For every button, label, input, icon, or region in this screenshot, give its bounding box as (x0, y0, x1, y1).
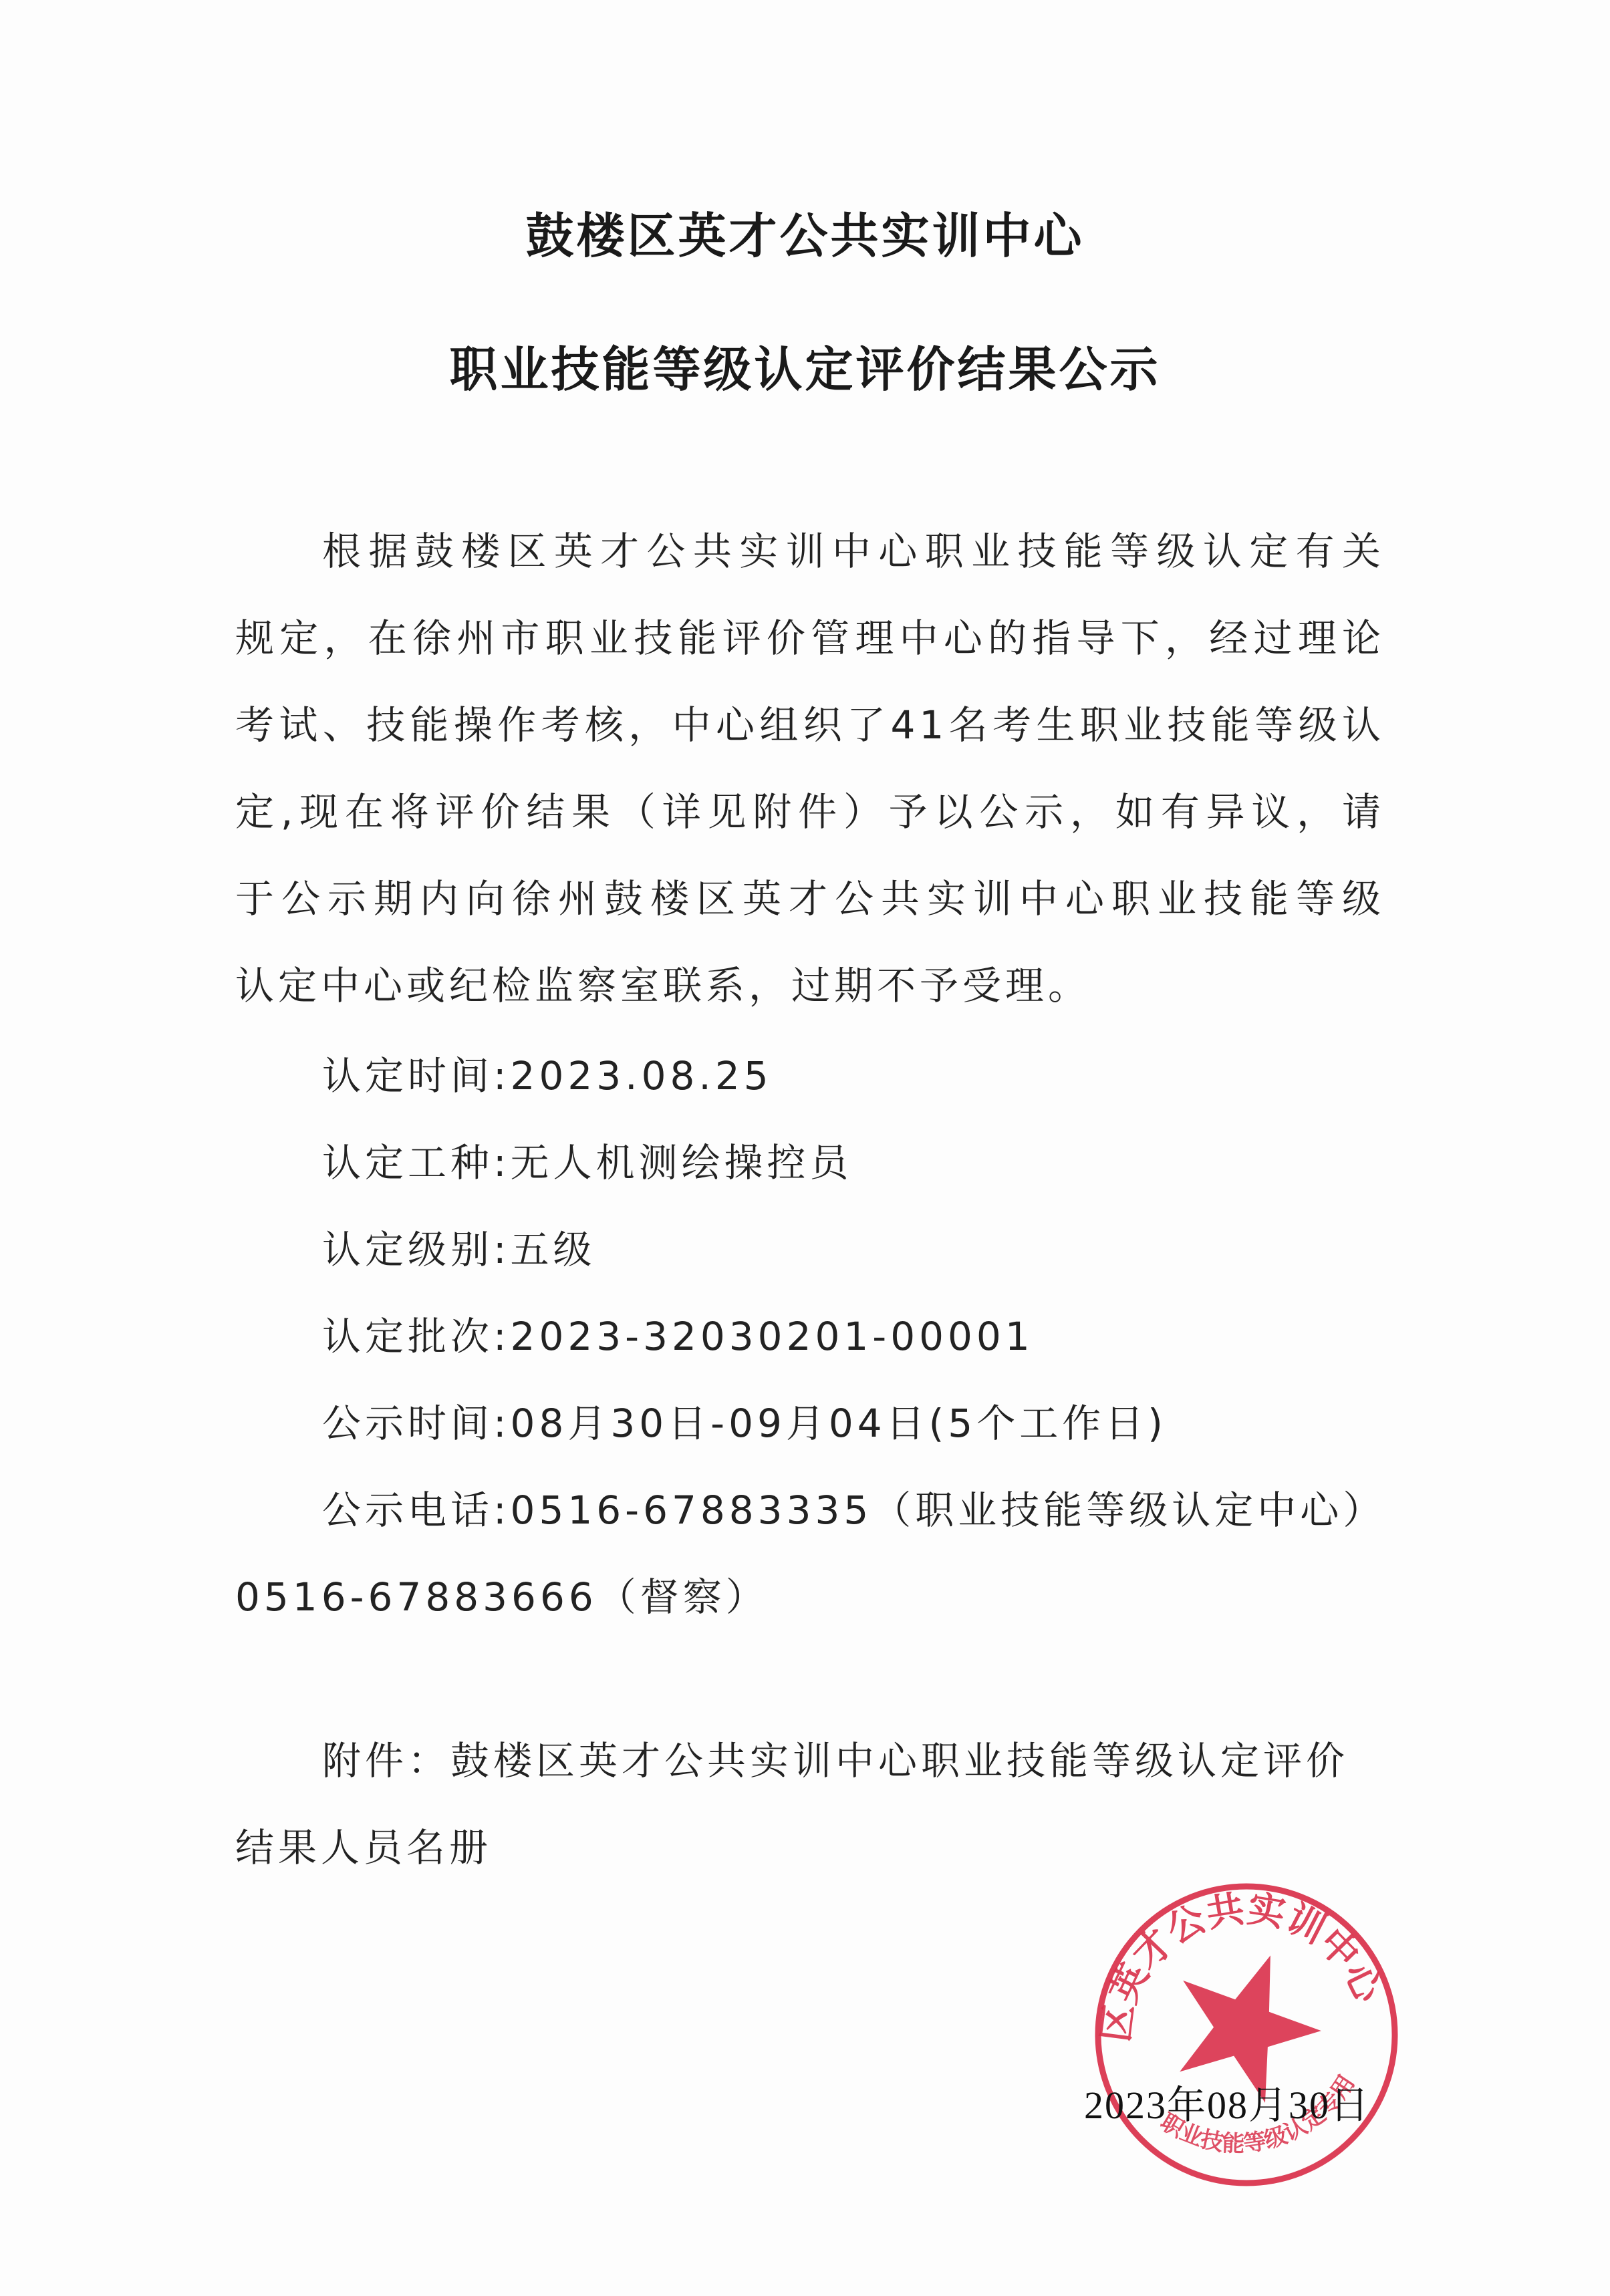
detail-level: 认定级别:五级 (322, 1226, 596, 1273)
detail-publicity-period: 公示时间:08月30日-09月04日(5个工作日) (322, 1400, 1167, 1447)
issue-date: 2023年08月30日 (1084, 2073, 1370, 2130)
title-line-1: 鼓楼区英才公共实训中心 (0, 197, 1610, 267)
body-line-2: 规定，在徐州市职业技能评价管理中心的指导下，经过理论 (235, 615, 1385, 662)
body-line-5: 于公示期内向徐州鼓楼区英才公共实训中心职业技能等级 (235, 875, 1385, 922)
detail-cert-date: 认定时间:2023.08.25 (322, 1052, 773, 1099)
detail-phone-supervision: 0516-67883666（督察） (235, 1574, 769, 1620)
body-line-6: 认定中心或纪检监察室联系，过期不予受理。 (235, 962, 1091, 1009)
title-line-2: 职业技能等级认定评价结果公示 (0, 331, 1610, 400)
official-seal: 区英才公共实训中心 职业技能等级认定专用章 (1089, 1878, 1403, 2192)
body-line-3: 考试、技能操作考核，中心组织了41名考生职业技能等级认 (235, 702, 1385, 748)
document-page: 鼓楼区英才公共实训中心 职业技能等级认定评价结果公示 根据鼓楼区英才公共实训中心… (0, 0, 1610, 2296)
detail-batch: 认定批次:2023-32030201-00001 (322, 1313, 1034, 1360)
body-line-1: 根据鼓楼区英才公共实训中心职业技能等级认定有关 (322, 528, 1385, 575)
body-line-4: 定,现在将评价结果（详见附件）予以公示，如有异议，请 (235, 788, 1385, 835)
detail-occupation: 认定工种:无人机测绘操控员 (322, 1139, 853, 1186)
attachment-line-1: 附件：鼓楼区英才公共实训中心职业技能等级认定评价 (322, 1737, 1349, 1784)
attachment-line-2: 结果人员名册 (235, 1824, 492, 1871)
detail-phone: 公示电话:0516-67883335（职业技能等级认定中心） (322, 1487, 1385, 1534)
